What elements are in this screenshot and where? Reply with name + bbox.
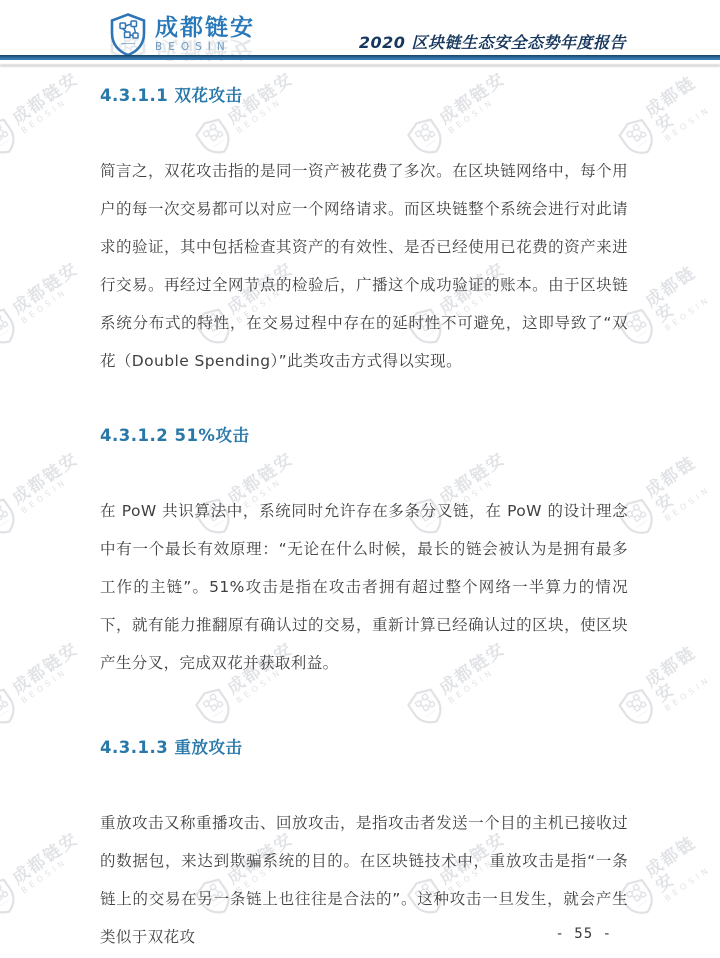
brand-watermark: 成都链安BEOSIN [0,65,90,162]
watermark-shield-icon [0,872,24,923]
logo-text: 成都链安 BEOSIN [155,16,255,53]
brand-watermark: 成都链安BEOSIN [0,635,90,732]
brand-watermark: 成都链安BEOSIN [0,255,90,352]
report-title: 2020 区块链生态安全态势年度报告 [359,30,626,53]
section-paragraph-51-attack: 在 PoW 共识算法中，系统同时允许存在多条分叉链，在 PoW 的设计理念中有一… [100,492,628,682]
watermark-shield-icon [0,112,24,163]
watermark-shield-icon [0,492,24,543]
page-number: - 55 - [555,926,612,942]
section-heading-double-spend: 4.3.1.1 双花攻击 [100,82,628,106]
document-body: 4.3.1.1 双花攻击 简言之，双花攻击指的是同一资产被花费了多次。在区块链网… [100,82,628,956]
brand-watermark: 成都链安BEOSIN [0,825,90,922]
logo-name-cn: 成都链安 [155,16,255,40]
watermark-shield-icon [0,682,24,733]
beosin-logo: 成都链安 BEOSIN [108,12,255,57]
section-paragraph-double-spend: 简言之，双花攻击指的是同一资产被花费了多次。在区块链网络中，每个用户的每一次交易… [100,152,628,380]
logo-name-en: BEOSIN [155,42,255,53]
section-heading-replay-attack: 4.3.1.3 重放攻击 [100,734,628,758]
page-header: 成都链安 BEOSIN 2020 区块链生态安全态势年度报告 [0,0,720,62]
section-paragraph-replay-attack: 重放攻击又称重播攻击、回放攻击，是指攻击者发送一个目的主机已接收过的数据包，来达… [100,804,628,956]
header-divider-line [0,55,720,60]
brand-watermark: 成都链安BEOSIN [0,445,90,542]
report-page: 成都链安BEOSIN成都链安BEOSIN成都链安BEOSIN成都链安BEOSIN… [0,0,720,958]
header-line-shadow [0,64,720,67]
section-heading-51-attack: 4.3.1.2 51%攻击 [100,422,628,446]
shield-logo-icon [108,12,148,57]
watermark-shield-icon [0,302,24,353]
